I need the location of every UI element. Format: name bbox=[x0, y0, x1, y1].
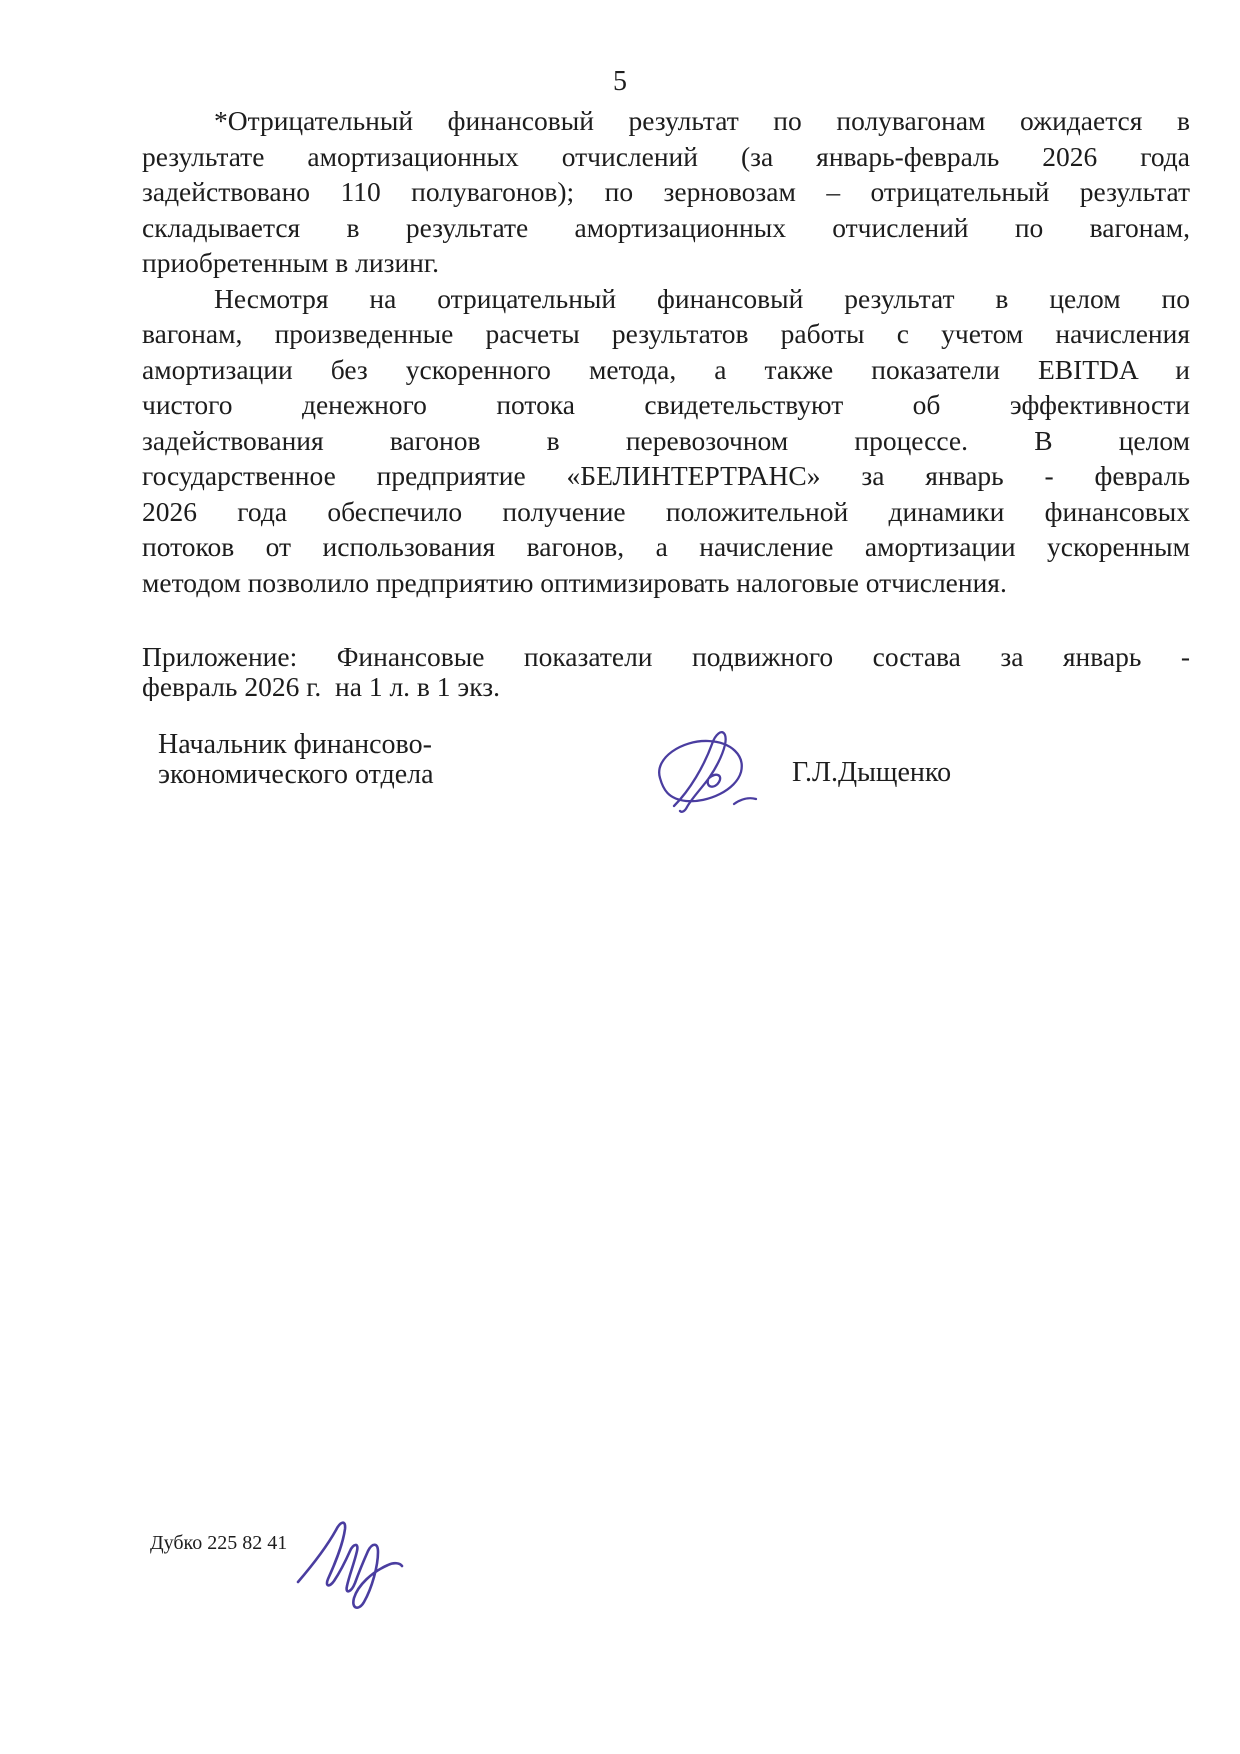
text-line: результате амортизационных отчислений (з… bbox=[142, 139, 1190, 175]
text-line: *Отрицательный финансовый результат по п… bbox=[142, 103, 1190, 139]
text-line: амортизации без ускоренного метода, а та… bbox=[142, 352, 1190, 388]
text-line: потоков от использования вагонов, а начи… bbox=[142, 529, 1190, 565]
text-line: государственное предприятие «БЕЛИНТЕРТРА… bbox=[142, 458, 1190, 494]
document-body: *Отрицательный финансовый результат по п… bbox=[142, 103, 1190, 600]
text-line: методом позволило предприятию оптимизиро… bbox=[142, 565, 1190, 601]
text-line: приобретенным в лизинг. bbox=[142, 245, 1190, 281]
text-line: складывается в результате амортизационны… bbox=[142, 210, 1190, 246]
document-page: 5 *Отрицательный финансовый результат по… bbox=[0, 0, 1240, 1754]
signature-main-icon bbox=[646, 718, 771, 820]
text-line: Несмотря на отрицательный финансовый рез… bbox=[142, 281, 1190, 317]
signature-executor-icon bbox=[292, 1504, 407, 1612]
executor-contact: Дубко 225 82 41 bbox=[150, 1531, 287, 1555]
text-line: Приложение: Финансовые показатели подвиж… bbox=[142, 642, 1190, 672]
text-line: 2026 года обеспечило получение положител… bbox=[142, 494, 1190, 530]
signer-name: Г.Л.Дыщенко bbox=[792, 758, 951, 788]
text-line: февраль 2026 г. на 1 л. в 1 экз. bbox=[142, 672, 1190, 702]
appendix-note: Приложение: Финансовые показатели подвиж… bbox=[142, 642, 1190, 701]
text-line: вагонам, произведенные расчеты результат… bbox=[142, 316, 1190, 352]
text-line: задействования вагонов в перевозочном пр… bbox=[142, 423, 1190, 459]
text-line: задействовано 110 полувагонов); по зерно… bbox=[142, 174, 1190, 210]
text-line: экономического отдела bbox=[158, 760, 618, 790]
text-line: Начальник финансово- bbox=[158, 730, 618, 760]
signer-position: Начальник финансово-экономического отдел… bbox=[158, 730, 618, 790]
text-line: чистого денежного потока свидетельствуют… bbox=[142, 387, 1190, 423]
page-number: 5 bbox=[0, 66, 1240, 98]
